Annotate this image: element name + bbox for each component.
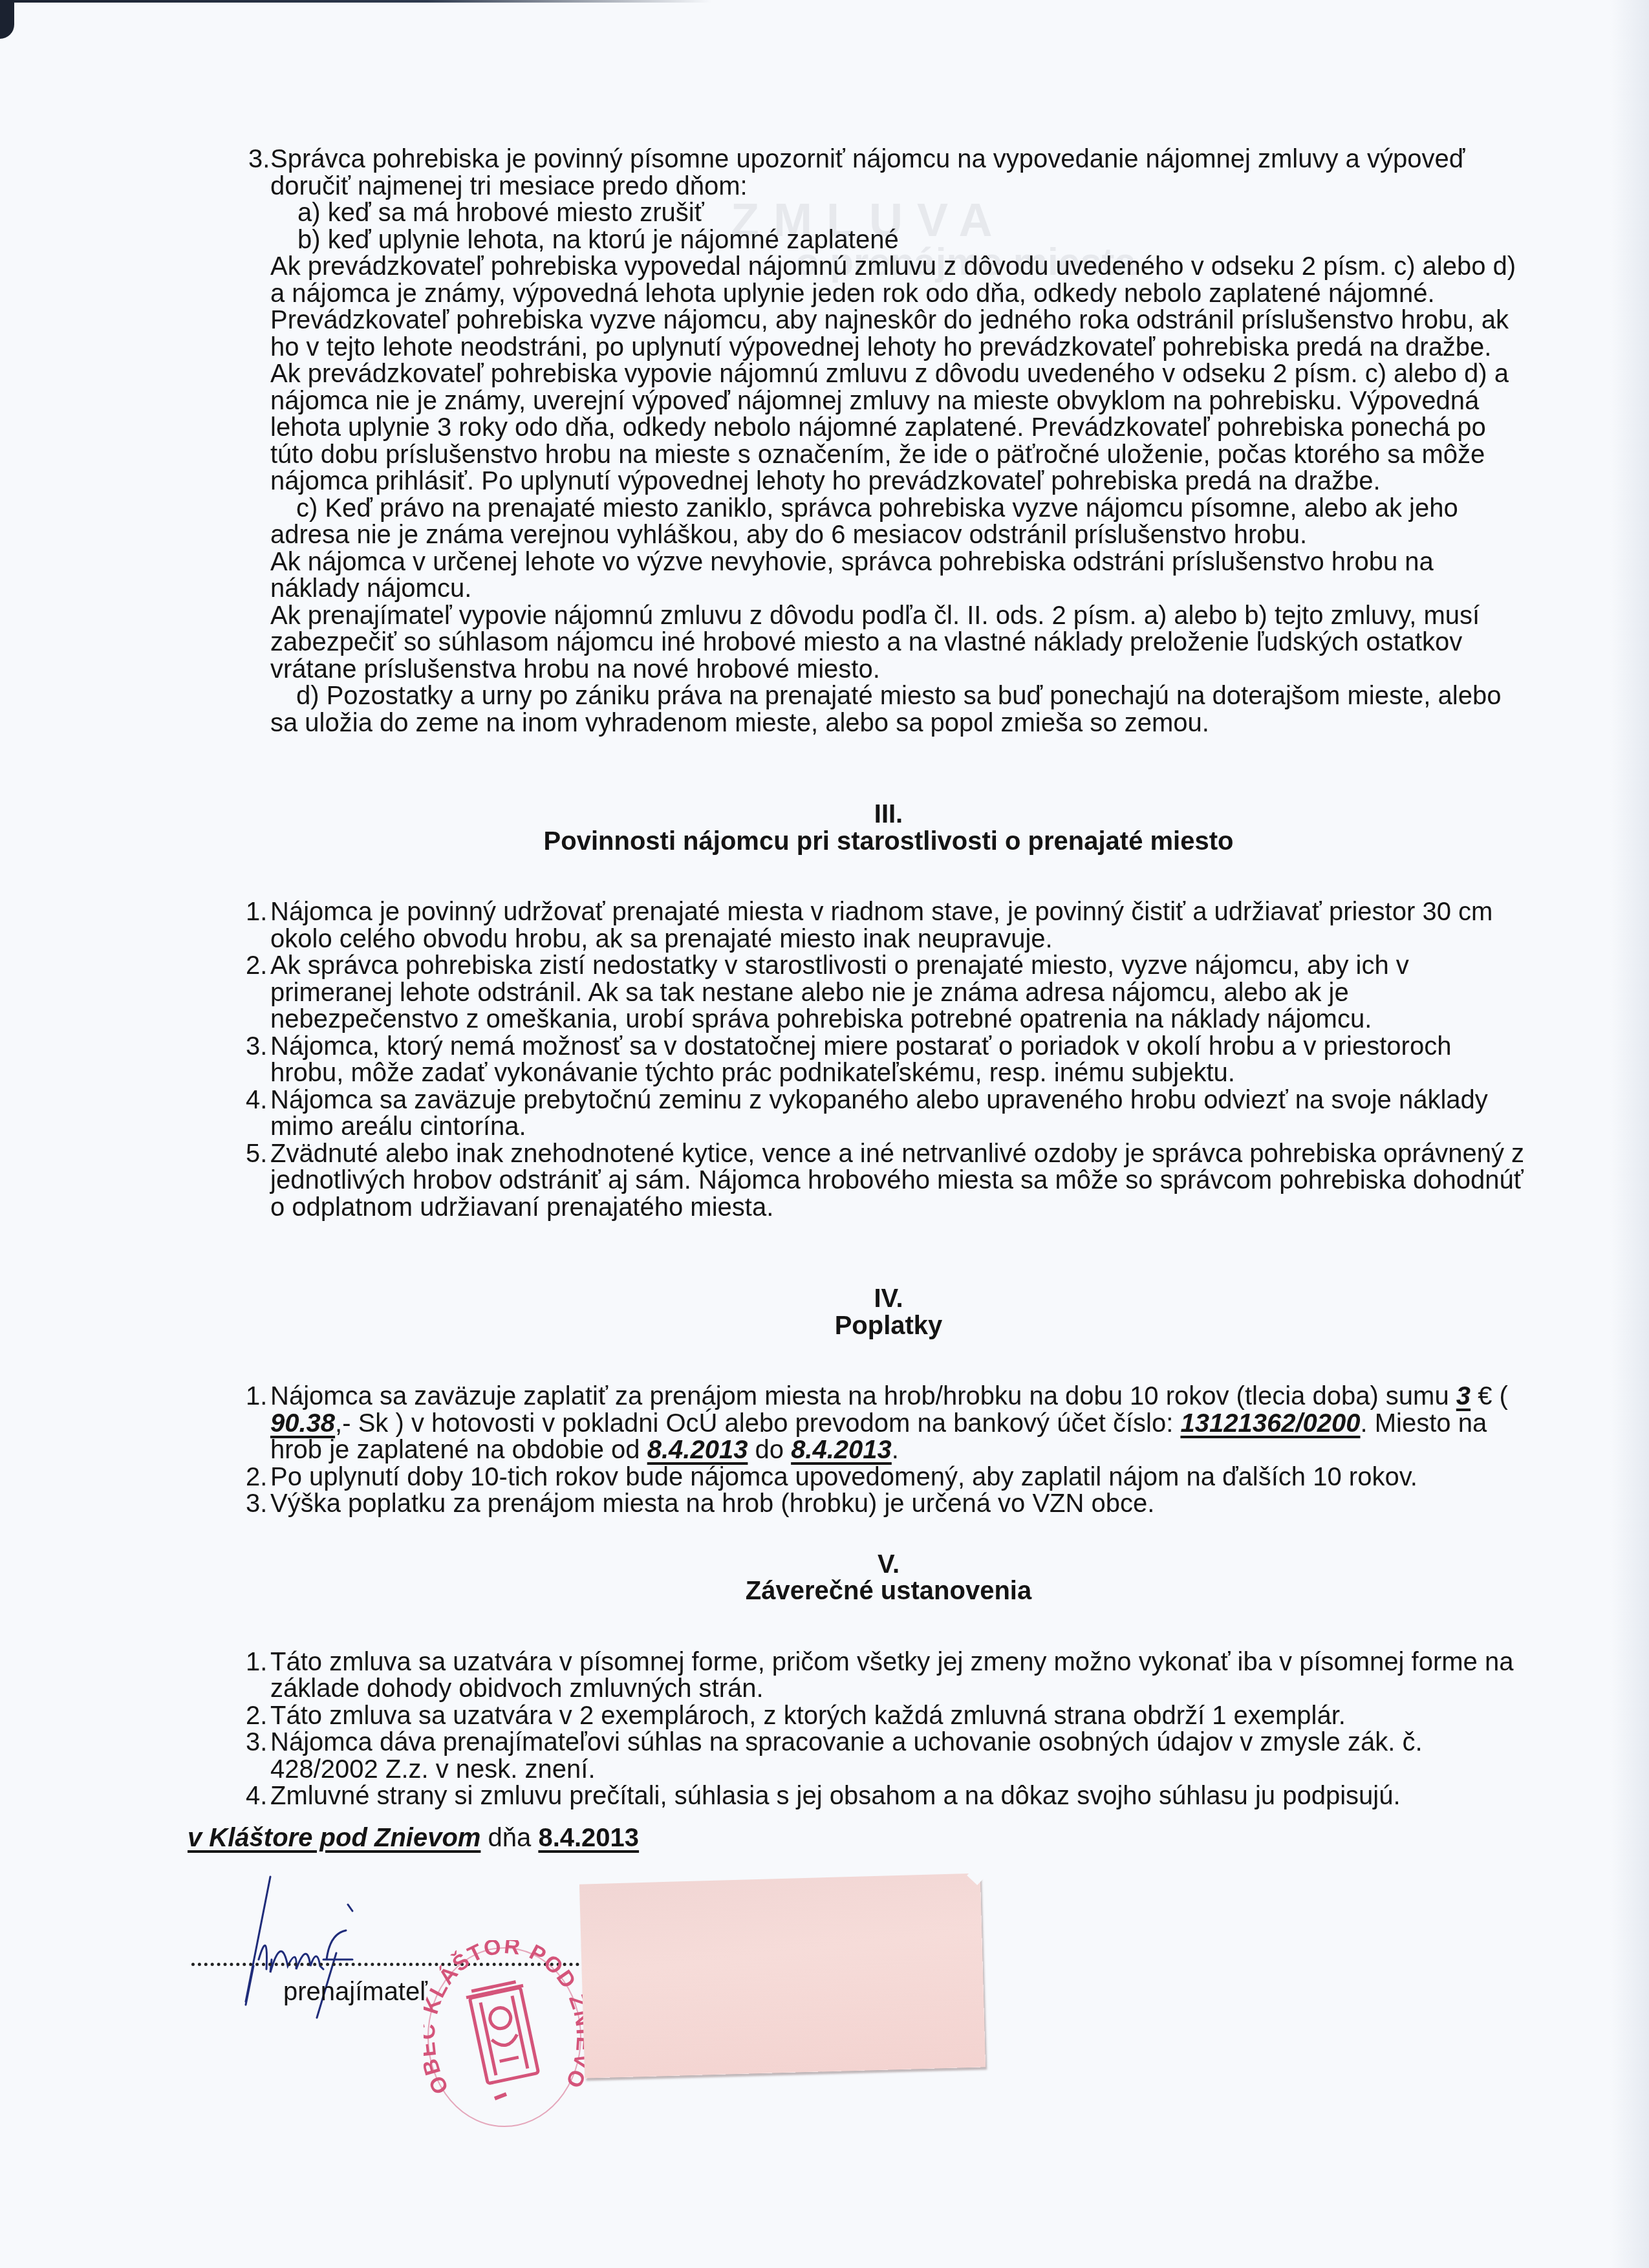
section-v-title: Záverečné ustanovenia [248, 1578, 1529, 1605]
list-item: 2.Po uplynutí doby 10-tich rokov bude ná… [248, 1464, 1529, 1491]
amount-eur: 3 [1456, 1382, 1471, 1410]
list-item: 2.Ak správca pohrebiska zistí nedostatky… [248, 953, 1529, 1033]
section-v-list: 1.Táto zmluva sa uzatvára v písomnej for… [248, 1649, 1529, 1810]
signing-place-date: v Kláštore pod Znievom dňa 8.4.2013 [188, 1824, 639, 1853]
section-iii-title: Povinnosti nájomcu pri starostlivosti o … [248, 828, 1529, 856]
item-3-a: a) keď sa má hrobové miesto zrušiť [248, 200, 1529, 227]
item-3-para-4: Ak prenajímateľ vypovie nájomnú zmluvu z… [248, 603, 1529, 684]
list-item: 1.Táto zmluva sa uzatvára v písomnej for… [248, 1649, 1529, 1703]
list-item: 3.Nájomca dáva prenajímateľovi súhlas na… [248, 1729, 1529, 1783]
list-item: 3.Nájomca, ktorý nemá možnosť sa v dosta… [248, 1033, 1529, 1087]
section-iii-list: 1.Nájomca je povinný udržovať prenajaté … [248, 899, 1529, 1221]
list-item: 1.Nájomca je povinný udržovať prenajaté … [248, 899, 1529, 953]
scan-border-top [0, 0, 711, 3]
date-to: 8.4.2013 [791, 1436, 892, 1464]
bank-account: 13121362/0200 [1180, 1409, 1360, 1438]
signer-label: prenajímateľ [283, 1978, 427, 2007]
document-body: 3.Správca pohrebiska je povinný písomne … [248, 146, 1529, 1810]
item-3-para-3: Ak nájomca v určenej lehote vo výzve nev… [248, 549, 1529, 603]
section-iv-numeral: IV. [248, 1286, 1529, 1313]
item-3-d: d) Pozostatky a urny po zániku práva na … [248, 683, 1529, 737]
section-iv-title: Poplatky [248, 1313, 1529, 1340]
section-iii-numeral: III. [248, 801, 1529, 828]
section-iv-list: 1.Nájomca sa zaväzuje zaplatiť za prenáj… [248, 1383, 1529, 1518]
signing-date: 8.4.2013 [538, 1824, 639, 1852]
paper-shadow [1610, 0, 1649, 2268]
sticky-note-fold [967, 1865, 987, 1885]
item-3-c: c) Keď právo na prenajaté miesto zaniklo… [248, 495, 1529, 549]
signing-place: v Kláštore pod Znievom [188, 1824, 480, 1852]
list-item-fees: 1.Nájomca sa zaväzuje zaplatiť za prenáj… [248, 1383, 1529, 1464]
list-item: 5.Zvädnuté alebo inak znehodnotené kytic… [248, 1141, 1529, 1222]
section-ii-item-3: 3.Správca pohrebiska je povinný písomne … [248, 146, 1529, 737]
scan-border-corner [0, 0, 14, 39]
date-from: 8.4.2013 [647, 1436, 748, 1464]
item-3-para-1: Ak prevádzkovateľ pohrebiska vypovedal n… [248, 254, 1529, 361]
amount-sk: 90.38 [270, 1409, 335, 1438]
list-item: 4.Zmluvné strany si zmluvu prečítali, sú… [248, 1783, 1529, 1810]
item-3-lead: 3.Správca pohrebiska je povinný písomne … [248, 146, 1529, 200]
item-3-para-2: Ak prevádzkovateľ pohrebiska vypovie náj… [248, 361, 1529, 495]
list-item: 3.Výška poplatku za prenájom miesta na h… [248, 1491, 1529, 1518]
section-v-numeral: V. [248, 1551, 1529, 1579]
official-stamp-icon: OBEC KLÁŠTOR POD ZNIEVOM [424, 1940, 585, 2128]
svg-text:OBEC KLÁŠTOR POD ZNIEVOM: OBEC KLÁŠTOR POD ZNIEVOM [424, 1940, 585, 2098]
redaction-sticky-note [579, 1873, 986, 2078]
item-3-b: b) keď uplynie lehota, na ktorú je nájom… [248, 227, 1529, 254]
list-item: 2.Táto zmluva sa uzatvára v 2 exemplároc… [248, 1703, 1529, 1730]
list-item: 4.Nájomca sa zaväzuje prebytočnú zeminu … [248, 1087, 1529, 1141]
